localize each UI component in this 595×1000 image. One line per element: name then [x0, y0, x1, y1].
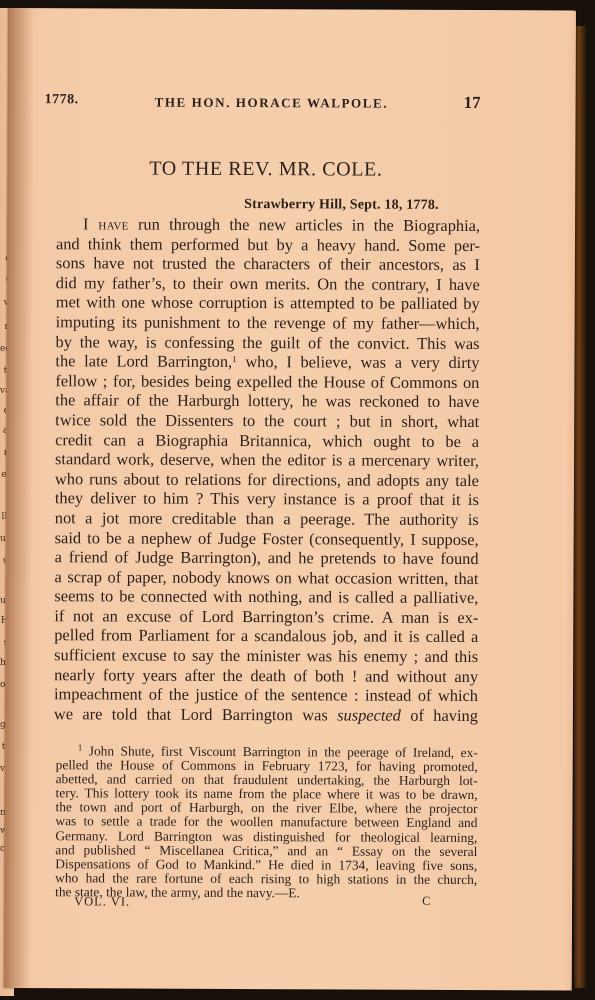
body-line-text: the late Lord Barrington,	[55, 351, 232, 371]
volume-signature: VOL. VI.	[74, 894, 130, 909]
body-line: the affair of the Harburgh lottery, he w…	[55, 391, 479, 412]
body-line: fellow ; for, besides being expelled the…	[55, 371, 479, 392]
running-head-title: THE HON. HORACE WALPOLE.	[155, 95, 389, 112]
body-line: did my father’s, to their own merits. On…	[56, 273, 480, 294]
letter-body: I have run through the new articles in t…	[54, 214, 480, 725]
body-line: credit can a Biographia Britannica, whic…	[55, 430, 479, 451]
body-line: said to be a nephew of Judge Foster (con…	[55, 528, 479, 549]
body-line: impeachment of the justice of the senten…	[54, 684, 478, 705]
body-line: who runs about to relations for directio…	[55, 469, 479, 490]
body-line: sufficient excuse to say the minister wa…	[54, 645, 478, 666]
body-line: we are told that Lord Barrington was sus…	[54, 704, 478, 725]
page-number: 17	[464, 93, 481, 113]
body-line: standard work, deserve, when the editor …	[55, 449, 479, 470]
letter-dateline: Strawberry Hill, Sept. 18, 1778.	[244, 197, 439, 214]
book-binding-edge	[574, 26, 586, 988]
body-line-text: who, I believe, was a very dirty	[237, 352, 480, 372]
gutter-shadow	[4, 8, 34, 988]
footnote: 1 John Shute, first Viscount Barrington …	[55, 744, 478, 901]
body-line: I have run through the new articles in t…	[56, 214, 480, 235]
body-line: by the way, is confessing the guilt of t…	[56, 332, 480, 353]
body-line: sons have not trusted the characters of …	[56, 253, 480, 274]
letter-heading: TO THE REV. MR. COLE.	[7, 157, 575, 182]
book-scan: lefyis),ofa-vereed,ty,vaseyanır;es,itlly…	[0, 0, 595, 1000]
running-head: 1778. THE HON. HORACE WALPOLE. 17	[45, 90, 481, 112]
body-line: not a jot more creditable than a peerage…	[55, 508, 479, 529]
body-line: nearly forty years after the death of bo…	[54, 665, 478, 686]
body-line: seems to be connected with nothing, and …	[54, 586, 478, 607]
body-line: pelled from Parliament for a scandalous …	[54, 626, 478, 647]
body-line-text: we are told that Lord Barrington was	[54, 704, 337, 724]
signature-mark: C	[422, 894, 430, 909]
body-line: if not an excuse of Lord Barrington’s cr…	[54, 606, 478, 627]
running-head-year: 1778.	[45, 92, 79, 108]
body-line: a friend of Judge Barrington), and he pr…	[55, 547, 479, 568]
body-line-text: run through the new articles in the Biog…	[129, 215, 480, 236]
book-page: 1778. THE HON. HORACE WALPOLE. 17 TO THE…	[4, 8, 576, 990]
body-line: imputing its punishment to the revenge o…	[56, 312, 480, 333]
body-line: the late Lord Barrington,1 who, I believ…	[55, 351, 479, 372]
body-line: and think them performed but by a heavy …	[56, 234, 480, 255]
opening-smallcaps: I have	[83, 214, 129, 233]
body-line: a scrap of paper, nobody knows on what o…	[54, 567, 478, 588]
body-line-text: of having	[401, 706, 478, 725]
italic-emphasis: suspected	[337, 705, 401, 724]
body-line: met with one whose corruption is attempt…	[56, 293, 480, 314]
body-line: they deliver to him ? This very instance…	[55, 489, 479, 510]
body-line: twice sold the Dissenters to the court ;…	[55, 410, 479, 431]
